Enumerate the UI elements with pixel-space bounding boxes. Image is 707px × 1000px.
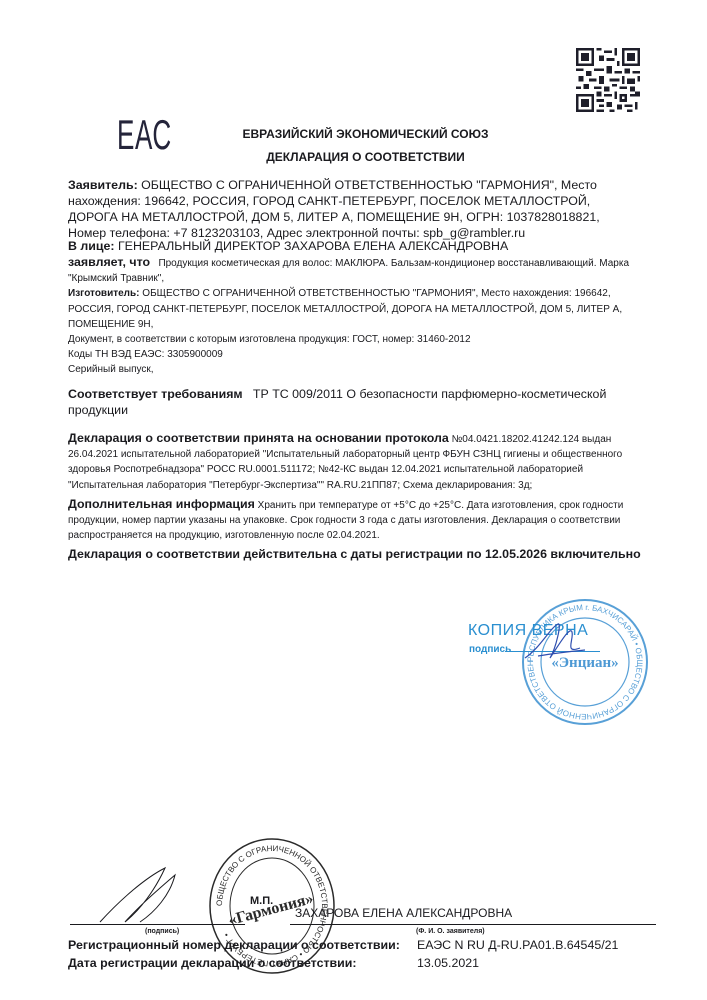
applicant-section: Заявитель: ОБЩЕСТВО С ОГРАНИЧЕННОЙ ОТВЕТ… [68,177,658,241]
applicant-name: ЗАХАРОВА ЕЛЕНА АЛЕКСАНДРОВНА [295,906,512,920]
compliance-label: Соответствует требованиям [68,387,243,401]
copy-signature-label: подпись [469,644,511,655]
declares-label: заявляет, что [68,255,150,269]
representative-label: В лице: [68,239,115,253]
basis-section: Декларация о соответствии принята на осн… [68,431,658,493]
additional-label: Дополнительная информация [68,497,255,511]
qr-code-icon [572,48,644,112]
seal-place-label: М.П. [250,895,273,907]
registration-number: ЕАЭС N RU Д-RU.РА01.В.64545/21 [417,938,618,952]
registration-date-label: Дата регистрации декларации о соответств… [68,956,357,970]
name-caption: (Ф. И. О. заявителя) [416,928,485,935]
copy-signature-icon [520,618,590,668]
compliance-section: Соответствует требованиям ТР ТС 009/2011… [68,387,658,418]
representative: В лице: ГЕНЕРАЛЬНЫЙ ДИРЕКТОР ЗАХАРОВА ЕЛ… [68,238,658,254]
registration-date: 13.05.2021 [417,956,479,970]
validity-statement: Декларация о соответствии действительна … [68,547,658,561]
basis-label: Декларация о соответствии принята на осн… [68,431,449,445]
name-line [290,924,656,925]
union-title: ЕВРАЗИЙСКИЙ ЭКОНОМИЧЕСКИЙ СОЮЗ [0,127,707,141]
declares-section: заявляет, что Продукция косметическая дл… [68,255,658,378]
signature-line [70,924,245,925]
signature-caption: (подпись) [145,928,179,935]
manufacturer-label: Изготовитель: [68,288,140,299]
additional-section: Дополнительная информация Хранить при те… [68,497,658,544]
applicant-label: Заявитель: [68,178,138,192]
document-title: ДЕКЛАРАЦИЯ О СООТВЕТСТВИИ [0,150,707,164]
applicant-signature-icon [85,860,205,930]
registration-number-label: Регистрационный номер декларации о соотв… [68,938,400,952]
